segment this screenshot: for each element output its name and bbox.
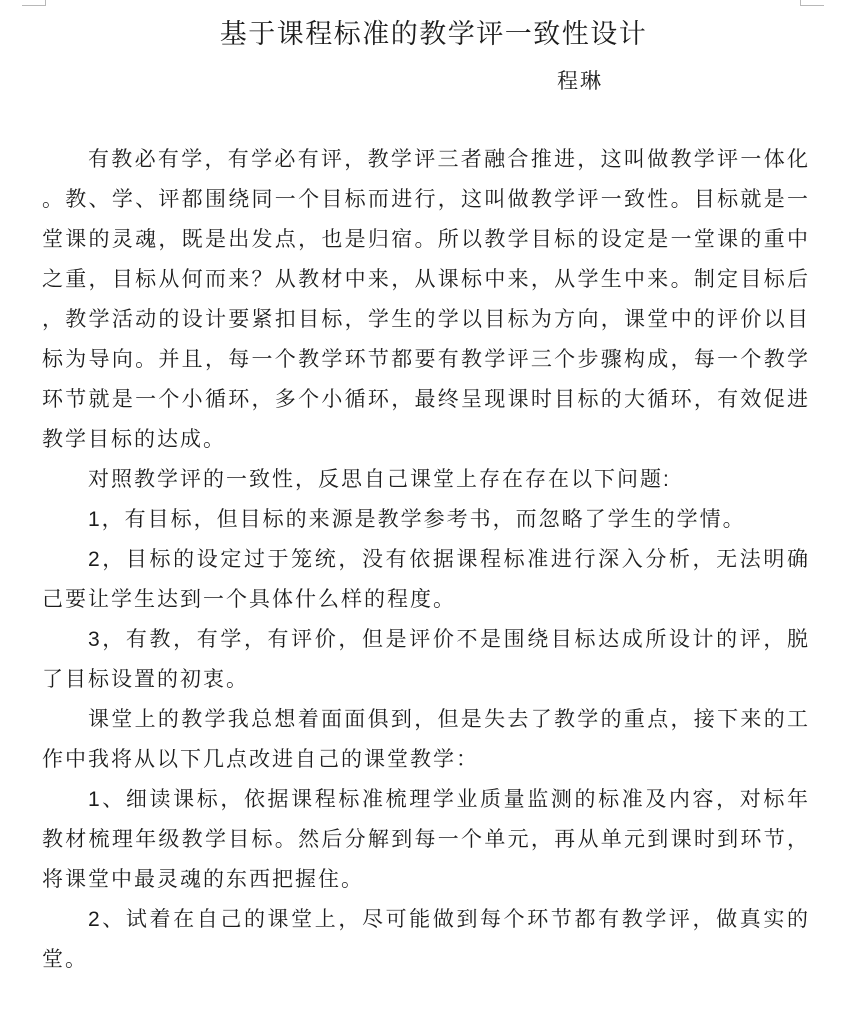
text-line: 2、试着在自己的课堂上，尽可能做到每个环节都有教学评，做真实的课 bbox=[42, 900, 810, 940]
paragraph: 有教必有学，有学必有评，教学评三者融合推进，这叫做教学评一体化。教、学、评都围绕… bbox=[42, 140, 810, 460]
text-line: 对照教学评的一致性，反思自己课堂上存在存在以下问题: bbox=[42, 460, 810, 500]
text-line: 将课堂中最灵魂的东西把握住。 bbox=[42, 860, 810, 900]
text-line: 堂课的灵魂，既是出发点，也是归宿。所以教学目标的设定是一堂课的重中 bbox=[42, 220, 810, 260]
text-line: 教学目标的达成。 bbox=[42, 420, 810, 460]
paragraph: 2，目标的设定过于笼统，没有依据课程标准进行深入分析，无法明确自己要让学生达到一… bbox=[42, 540, 810, 620]
text-line: 1，有目标，但目标的来源是教学参考书，而忽略了学生的学情。 bbox=[42, 500, 810, 540]
text-line: 有教必有学，有学必有评，教学评三者融合推进，这叫做教学评一体化 bbox=[42, 140, 810, 180]
paragraph: 1，有目标，但目标的来源是教学参考书，而忽略了学生的学情。 bbox=[42, 500, 810, 540]
text-line: 堂。 bbox=[42, 940, 810, 980]
document-body: 有教必有学，有学必有评，教学评三者融合推进，这叫做教学评一体化。教、学、评都围绕… bbox=[42, 140, 810, 980]
page-margin-mark-top-left bbox=[22, 0, 46, 6]
paragraph: 对照教学评的一致性，反思自己课堂上存在存在以下问题: bbox=[42, 460, 810, 500]
text-line: 己要让学生达到一个具体什么样的程度。 bbox=[42, 580, 810, 620]
text-line: 课堂上的教学我总想着面面俱到，但是失去了教学的重点，接下来的工 bbox=[42, 700, 810, 740]
paragraph: 课堂上的教学我总想着面面俱到，但是失去了教学的重点，接下来的工作中我将从以下几点… bbox=[42, 700, 810, 780]
text-line: 标为导向。并且，每一个教学环节都要有教学评三个步骤构成，每一个教学 bbox=[42, 340, 810, 380]
text-line: ，教学活动的设计要紧扣目标，学生的学以目标为方向，课堂中的评价以目 bbox=[42, 300, 810, 340]
paragraph: 2、试着在自己的课堂上，尽可能做到每个环节都有教学评，做真实的课堂。 bbox=[42, 900, 810, 980]
paragraph: 3，有教，有学，有评价，但是评价不是围绕目标达成所设计的评，脱离了目标设置的初衷… bbox=[42, 620, 810, 700]
document-page: 基于课程标准的教学评一致性设计 程琳 有教必有学，有学必有评，教学评三者融合推进… bbox=[0, 0, 850, 1010]
text-line: 教材梳理年级教学目标。然后分解到每一个单元，再从单元到课时到环节， bbox=[42, 820, 810, 860]
text-line: 作中我将从以下几点改进自己的课堂教学： bbox=[42, 740, 810, 780]
text-line: 。教、学、评都围绕同一个目标而进行，这叫做教学评一致性。目标就是一 bbox=[42, 180, 810, 220]
text-line: 2，目标的设定过于笼统，没有依据课程标准进行深入分析，无法明确自 bbox=[42, 540, 810, 580]
text-line: 了目标设置的初衷。 bbox=[42, 660, 810, 700]
paragraph: 1、细读课标，依据课程标准梳理学业质量监测的标准及内容，对标年级教材梳理年级教学… bbox=[42, 780, 810, 900]
text-line: 3，有教，有学，有评价，但是评价不是围绕目标达成所设计的评，脱离 bbox=[42, 620, 810, 660]
text-line: 环节就是一个小循环，多个小循环，最终呈现课时目标的大循环，有效促进 bbox=[42, 380, 810, 420]
document-title: 基于课程标准的教学评一致性设计 bbox=[42, 17, 810, 51]
text-line: 之重，目标从何而来？从教材中来，从课标中来，从学生中来。制定目标后 bbox=[42, 260, 810, 300]
author-name: 程琳 bbox=[42, 68, 810, 96]
text-line: 1、细读课标，依据课程标准梳理学业质量监测的标准及内容，对标年级 bbox=[42, 780, 810, 820]
page-margin-mark-top-right bbox=[800, 0, 824, 6]
